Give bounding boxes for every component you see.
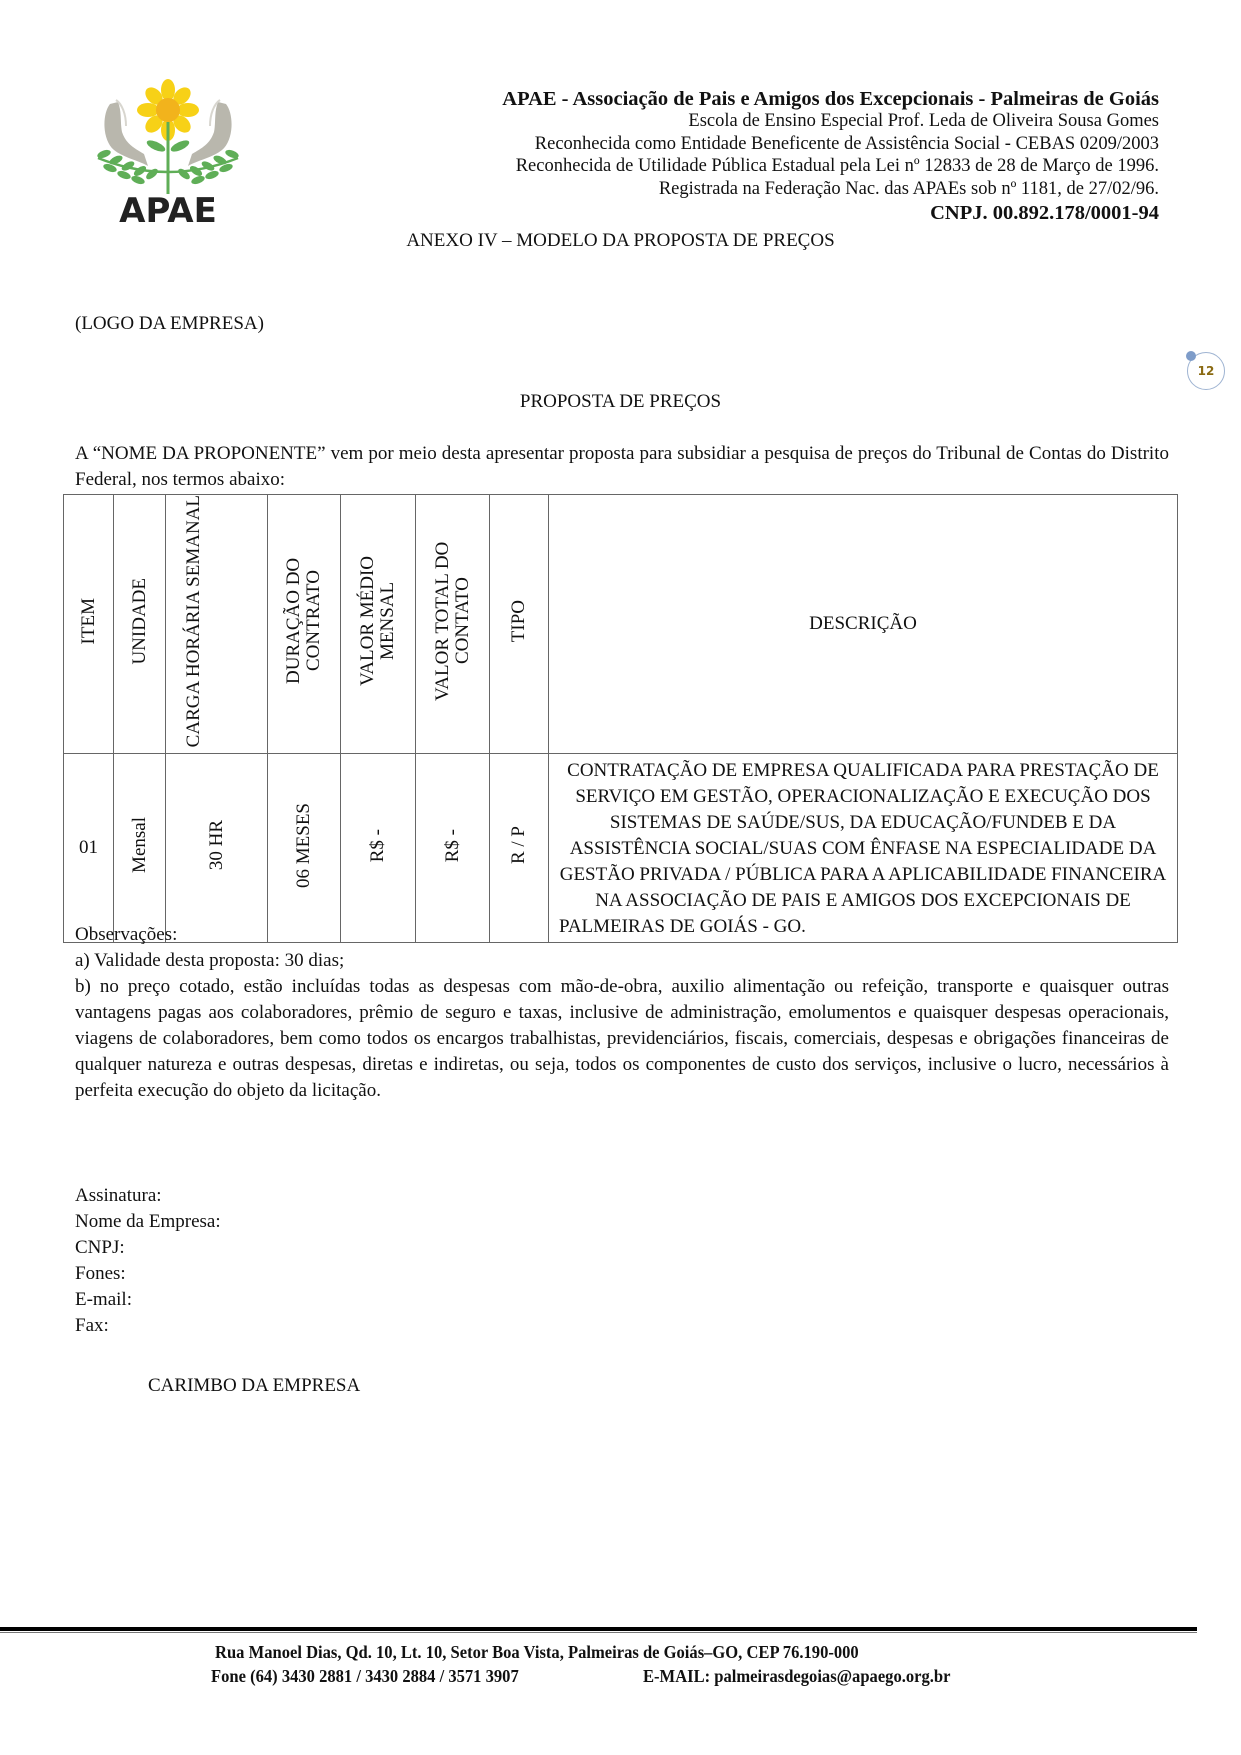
cell-duracao: 06 MESES [268, 754, 341, 943]
annex-title: ANEXO IV – MODELO DA PROPOSTA DE PREÇOS [0, 231, 1241, 250]
fax-field: Fax: [75, 1313, 221, 1339]
observations-title: Observações: [75, 922, 1169, 948]
signature-field: Assinatura: [75, 1183, 221, 1209]
cell-unidade: Mensal [114, 754, 166, 943]
intro-paragraph: A “NOME DA PROPONENTE” vem por meio dest… [75, 441, 1169, 493]
phones-field: Fones: [75, 1261, 221, 1287]
letterhead-line: Reconhecida de Utilidade Pública Estadua… [516, 157, 1159, 176]
signature-block: Assinatura: Nome da Empresa: CNPJ: Fones… [75, 1183, 221, 1339]
cell-valor-total: R$ - [416, 754, 490, 943]
table-row: 01 Mensal 30 HR 06 MESES R$ - R$ - R / P… [64, 754, 1178, 943]
header-cell-carga-horaria: CARGA HORÁRIA SEMANAL [166, 495, 268, 754]
footer-address: Rua Manoel Dias, Qd. 10, Lt. 10, Setor B… [215, 1643, 859, 1661]
cell-item: 01 [64, 754, 114, 943]
footer-phone: Fone (64) 3430 2881 / 3430 2884 / 3571 3… [211, 1667, 519, 1685]
letterhead-cnpj: CNPJ. 00.892.178/0001-94 [930, 203, 1159, 224]
page-number-badge: 12 [1187, 352, 1225, 390]
document-title: PROPOSTA DE PREÇOS [0, 391, 1241, 413]
header-cell-duracao: DURAÇÃO DO CONTRATO [268, 495, 341, 754]
email-field: E-mail: [75, 1287, 221, 1313]
header-cell-unidade: UNIDADE [114, 495, 166, 754]
page-number: 12 [1198, 364, 1215, 378]
svg-text:APAE: APAE [119, 191, 217, 226]
header-cell-tipo: TIPO [490, 495, 549, 754]
apae-logo: APAE [88, 74, 248, 226]
cell-valor-medio: R$ - [341, 754, 416, 943]
letterhead-line: Escola de Ensino Especial Prof. Leda de … [688, 112, 1159, 131]
header-cell-valor-total: VALOR TOTAL DO CONTATO [416, 495, 490, 754]
header-cell-descricao: DESCRIÇÃO [549, 495, 1178, 754]
letterhead-line: Reconhecida como Entidade Beneficente de… [535, 135, 1159, 154]
footer-email: E-MAIL: palmeirasdegoias@apaego.org.br [643, 1667, 950, 1685]
table-header-row: ITEM UNIDADE CARGA HORÁRIA SEMANAL DURAÇ… [64, 495, 1178, 754]
cell-tipo: R / P [490, 754, 549, 943]
cell-carga-horaria: 30 HR [166, 754, 268, 943]
observation-item: a) Validade desta proposta: 30 dias; [75, 948, 1169, 974]
header-cell-valor-medio: VALOR MÉDIO MENSAL [341, 495, 416, 754]
header-cell-item: ITEM [64, 495, 114, 754]
observations: Observações: a) Validade desta proposta:… [75, 922, 1169, 1104]
company-logo-placeholder: (LOGO DA EMPRESA) [75, 313, 264, 335]
observation-item: b) no preço cotado, estão incluídas toda… [75, 974, 1169, 1104]
company-stamp-label: CARIMBO DA EMPRESA [148, 1375, 360, 1397]
letterhead-line: Registrada na Federação Nac. das APAEs s… [659, 180, 1159, 199]
price-table: ITEM UNIDADE CARGA HORÁRIA SEMANAL DURAÇ… [63, 494, 1178, 943]
cell-descricao: CONTRATAÇÃO DE EMPRESA QUALIFICADA PARA … [549, 754, 1178, 943]
company-name-field: Nome da Empresa: [75, 1209, 221, 1235]
footer-divider [0, 1627, 1197, 1631]
letterhead-title: APAE - Associação de Pais e Amigos dos E… [502, 89, 1159, 110]
cnpj-field: CNPJ: [75, 1235, 221, 1261]
